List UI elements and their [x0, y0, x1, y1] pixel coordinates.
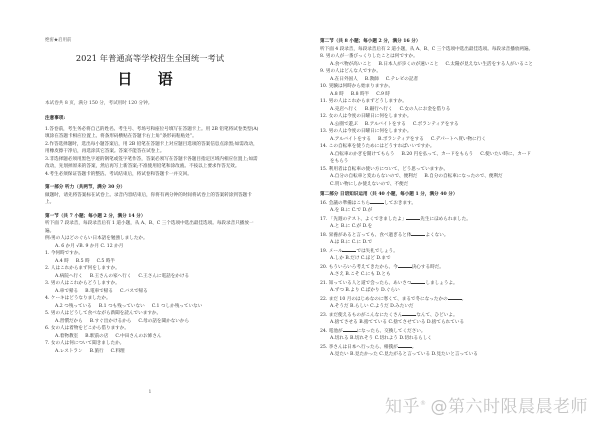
- question-number: 20.: [320, 265, 327, 270]
- question-number: 6.: [45, 326, 49, 331]
- option-b: B.5 時: [76, 259, 90, 264]
- question-text-after: しましょうよ。: [425, 281, 457, 286]
- option-c: C.太陽が見えない生活をする人がいること: [446, 62, 534, 67]
- option-a: A.車で帰る: [55, 289, 78, 294]
- option-a: A.習慣だから: [55, 319, 83, 324]
- question-item: 5. 男の人はどうして食べながら新聞を読んでいますか。 A.習慣だからB.すぐ出…: [45, 310, 260, 325]
- question-text: 利用者は自転車の使い方について、どう思っていますか。: [329, 167, 448, 172]
- question-text-after: よくない。: [425, 233, 448, 238]
- page-number: 1: [0, 390, 300, 395]
- example-options: A. 6 か月 √B. 9 か月 C. 12 か月: [45, 243, 260, 251]
- question-text: 実験は何時から始まりますか。: [329, 84, 393, 89]
- grammar-item: 21. 知っている人と道で会ったら、あいさつしましょうよ。 A.ずつ B.より …: [320, 279, 535, 295]
- option-b: B.ボランティアをする: [378, 137, 424, 142]
- option-a: A.自分の自転車と変わらないので、便利だ: [330, 174, 417, 179]
- option-b: B.教師: [365, 77, 379, 82]
- options: A.そうだ B.らしい C.ようだ D.みたいだ: [320, 303, 535, 311]
- option-b: B.自分の自転車になったので、便利だ: [424, 174, 502, 179]
- answer-blank: [402, 311, 416, 316]
- question-item: 13. 男の人は今度の日曜日に何をしますか。 A.アルバイトをするB.ボランティ…: [320, 128, 535, 143]
- option-c: C.9 時: [376, 92, 390, 97]
- exam-page-left: 绝密★启用前 2021 年普通高等学校招生全国统一考试 日 语 本试卷共 8 页…: [0, 0, 300, 425]
- option-a: A.食べ物が高いこと: [330, 62, 372, 67]
- question-number: 19.: [320, 249, 327, 254]
- option-c: C.ボランティアをする: [413, 122, 459, 127]
- watermark-brand: 知乎: [385, 397, 420, 417]
- question-number: 24.: [320, 329, 327, 334]
- option-b: B.旅行: [90, 349, 104, 354]
- option-b: B.駅前の店: [85, 334, 108, 339]
- question-text-before: 「先週のテスト、よくできましたよ」: [329, 217, 407, 222]
- grammar-item: 22. まだ 10 月のはじめなのに寒くて、まるで冬になったかの。 A.そうだ …: [320, 295, 535, 311]
- option-a: A.4 時: [55, 259, 69, 264]
- question-text-before: 電池が: [329, 329, 343, 334]
- option-c: C.王さんに電話をかける: [138, 274, 189, 279]
- option-b: B.8 時半: [351, 92, 369, 97]
- question-text: 男の人はこれからどうしますか。: [51, 281, 120, 286]
- right-content: 第二节（共 8 小题；每小题 2 分，满分 16 分） 听下面 4 段录音，每段…: [320, 38, 535, 359]
- option-a: A.在日外国人: [330, 77, 358, 82]
- question-item: 10. 実験は何時から始まりますか。 A.8 時B.8 時半C.9 時: [320, 83, 535, 98]
- watermark-handle: @第六时限晨晨老师: [431, 397, 589, 417]
- grammar-item: 25. 李さんは日本へ行ったら、相撲が。 A.見たい B.見たかった C.見たが…: [320, 343, 535, 359]
- question-item: 9. 男の人はどんな人ですか。 A.在日外国人B.教師C.テレビの記者: [320, 68, 535, 83]
- question-number: 8.: [320, 54, 324, 59]
- question-text: 女の人は今度の日曜日に何をしますか。: [329, 114, 412, 119]
- options: A.を B.に C.で D.が: [320, 207, 535, 215]
- question-number: 13.: [320, 129, 327, 134]
- question-number: 5.: [45, 311, 49, 316]
- part1-description: 做题时，请先将答案标在试卷上。录音内容结束后，你将有两分钟的时间将试卷上的答案转…: [45, 192, 260, 207]
- question-number: 3.: [45, 281, 49, 286]
- question-number: 23.: [320, 313, 327, 318]
- question-text-before: 李さんは日本へ行ったら、相撲が: [329, 345, 398, 350]
- exam-page-right: 第二节（共 8 小题；每小题 2 分，满分 16 分） 听下面 4 段录音，每段…: [300, 0, 600, 425]
- question-item: 14. この自転車を使うためにはどうすればいいですか。 A.自転車のかぎを開けて…: [320, 143, 535, 166]
- question-item: 15. 利用者は自転車の使い方について、どう思っていますか。 A.自分の自転車と…: [320, 166, 535, 189]
- question-text: 男の人が一番びっくりしたことは何ですか。: [326, 54, 418, 59]
- subject-title: 日 语: [0, 68, 300, 89]
- option-c: C.テレビの記者: [386, 77, 418, 82]
- question-item: 1. 今何時ですか。 A.4 時B.5 時C.5 時半: [45, 250, 260, 265]
- option-b: B.1 つも残っていない: [99, 304, 145, 309]
- options: A.と B.に C.が D.を: [320, 223, 535, 231]
- answer-blank: [343, 327, 357, 332]
- trademark-icon: ®: [420, 400, 427, 407]
- example-question: 例:男の人はどのぐらい日本語を勉強しましたか。: [45, 235, 260, 243]
- question-text-before: もういろいろ考えてきたから、今: [329, 265, 398, 270]
- option-b: B.銀行へ行く: [365, 107, 393, 112]
- question-number: 16.: [320, 201, 327, 206]
- options: A.さえ B.こそ C.にも D.とも: [320, 271, 535, 279]
- question-item: 12. 女の人は今度の日曜日に何をしますか。 A.公園で遊ぶB.アルバイトをする…: [320, 113, 535, 128]
- options: A.見たい B.見たかった C.見たがると言っている D.見たいと言っている: [320, 351, 535, 359]
- option-a: A.公園で遊ぶ: [330, 122, 358, 127]
- question-text-before: 知っている人と道で会ったら、あいさつ: [329, 281, 412, 286]
- question-number: 1.: [45, 251, 49, 256]
- question-text-after: 。: [412, 345, 417, 350]
- answer-blank: [406, 215, 420, 220]
- question-text: 女の人は着物をどこから借りますか。: [51, 326, 129, 331]
- question-text: 女の人は何について聞きましたか。: [51, 341, 124, 346]
- question-number: 12.: [320, 114, 327, 119]
- answer-blank: [342, 247, 356, 252]
- question-text: この自転車を使うためにはどうすればいいですか。: [329, 144, 435, 149]
- answer-blank: [398, 343, 412, 348]
- answer-blank: [448, 295, 462, 300]
- question-text: 男の人はどうして食べながら新聞を読んでいますか。: [51, 311, 161, 316]
- options: A.は B.に C.に D.で: [320, 239, 535, 247]
- question-item: 11. 男の人はこれからまずどうしますか。 A.売店へ行くB.銀行へ行くC.女の…: [320, 98, 535, 113]
- question-number: 14.: [320, 144, 327, 149]
- question-text: 男の人は今度の日曜日に何をしますか。: [329, 129, 412, 134]
- question-text: 人はこれからまず何をしますか。: [51, 266, 120, 271]
- option-a: A.病院へ行く: [55, 274, 83, 279]
- question-text-after: 先生にほめられました。: [420, 217, 471, 222]
- question-number: 7.: [45, 341, 49, 346]
- question-item: 4. ケーキはどうなりましたか。 A.2 つ残っているB.1 つも残っていないC…: [45, 295, 260, 310]
- option-b: B.日本人が歩くのが速いこと: [379, 62, 439, 67]
- question-text-after: 。: [462, 297, 467, 302]
- section2-description: 听下面 4 段录音，每段录音后有 2 道小题，从 A、B、C 三个选项中选出最佳…: [320, 46, 535, 54]
- notice-heading: 注意事项:: [45, 115, 260, 123]
- question-number: 25.: [320, 345, 327, 350]
- notice-item: 1.答卷前，考生务必将自己的姓名、考生号、考场号和座位号填写在答题卡上。用 2B…: [45, 126, 260, 141]
- option-b: B.王さんの家へ行く: [90, 274, 132, 279]
- part2-heading: 第二部分 日语知识运用（共 40 小题，每小题 1 分，满分 40 分）: [320, 191, 535, 199]
- option-b: B.20 円を払って、カードをもらう: [402, 152, 474, 157]
- question-number: 11.: [320, 99, 327, 104]
- grammar-item: 23. まだ使えるものがこんなにたくさんなんて、ひどいよ。 A.捨てさせる B.…: [320, 311, 535, 327]
- question-text: ケーキはどうなりましたか。: [51, 296, 111, 301]
- option-a: A.8 時: [330, 92, 344, 97]
- part1-heading: 第一部分 听力（共两节，满分 30 分）: [45, 184, 260, 192]
- option-c: C.女の人にお金を借りる: [400, 107, 451, 112]
- question-item: 3. 男の人はこれからどうしますか。 A.車で帰るB.電車で帰るC.バスで帰る: [45, 280, 260, 295]
- section1-description: 听下面 7 段录音，每段录音后有 1 道小题，从 A、B、C 三个选项中选出最佳…: [45, 220, 260, 235]
- question-text: 今何時ですか。: [51, 251, 83, 256]
- option-c: C.母の話を聞かないから: [138, 319, 189, 324]
- option-c: C.バスで帰る: [120, 289, 148, 294]
- option-c: C.デパートへ買い物に行く: [431, 137, 486, 142]
- option-c: C.5 時半: [97, 259, 115, 264]
- question-text: 男の人はどんな人ですか。: [326, 69, 381, 74]
- option-b: B.すぐ出かけるから: [90, 319, 132, 324]
- question-number: 22.: [320, 297, 327, 302]
- option-a: A.アルバイトをする: [330, 137, 371, 142]
- option-c: C.料理: [111, 349, 125, 354]
- question-text-after: なんて、ひどいよ。: [416, 313, 457, 318]
- watermark: 知乎®@第六时限晨晨老师: [385, 392, 588, 417]
- option-a: A.自転車のかぎを開けてもらう: [330, 152, 395, 157]
- option-a: A.売店へ行く: [330, 107, 358, 112]
- options: A.捨てさせる B.捨てている C.捨てさせている D.捨てられている: [320, 319, 535, 327]
- answer-blank: [411, 279, 425, 284]
- question-text: 男の人はこれからまずどうしますか。: [329, 99, 407, 104]
- question-text-before: まだ 10 月のはじめなのに寒くて、まるで冬になったかの: [329, 297, 448, 302]
- answer-blank: [398, 263, 412, 268]
- question-item: 8. 男の人が一番びっくりしたことは何ですか。 A.食べ物が高いことB.日本人が…: [320, 53, 535, 68]
- option-c: C.中田さんのお姉さん: [115, 334, 161, 339]
- notice-item: 2.作答选择题时，选出每小题答案后，用 2B 铅笔在答题卡上对应题目选项的答案信…: [45, 141, 260, 156]
- option-a: A.2 つ残っている: [55, 304, 92, 309]
- options: A.ずつ B.より C.ばかり D.ぐらい: [320, 287, 535, 295]
- question-number: 15.: [320, 167, 327, 172]
- question-number: 9.: [320, 69, 324, 74]
- option-c: C.買い物にしか使えないので、不便だ: [330, 182, 408, 187]
- grammar-item: 16. 会議の準備はこちらしておきます。 A.を B.に C.で D.が: [320, 199, 535, 215]
- confidential-label: 绝密★启用前: [45, 37, 71, 43]
- question-text-after: になったら、交換してください。: [357, 329, 426, 334]
- exam-meta: 本试卷共 8 页，满分 150 分，考试用时 120 分钟。: [45, 100, 152, 106]
- section1-heading: 第一节（共 7 小题；每小题 2 分，满分 14 分）: [45, 213, 260, 221]
- exam-title: 2021 年普通高等学校招生全国统一考试: [0, 53, 300, 64]
- question-text-before: メール: [329, 249, 343, 254]
- question-text-before: まだ使えるものがこんなにたくさん: [329, 313, 403, 318]
- left-content: 注意事项: 1.答卷前，考生务必将自己的姓名、考生号、考场号和座位号填写在答题卡…: [45, 115, 260, 355]
- question-text-after: では失礼でしょう。: [356, 249, 397, 254]
- section2-heading: 第二节（共 8 小题；每小题 2 分，满分 16 分）: [320, 38, 535, 46]
- notice-item: 4.考生必须保证答题卡的整洁。考试结束后，将试卷和答题卡一并交回。: [45, 171, 260, 179]
- options: A.切れる B.切れそう C.切れよう D.切れるらしく: [320, 335, 535, 343]
- grammar-item: 24. 電池がになったら、交換してください。 A.切れる B.切れそう C.切れ…: [320, 327, 535, 343]
- question-item: 2. 人はこれからまず何をしますか。 A.病院へ行くB.王さんの家へ行くC.王さ…: [45, 265, 260, 280]
- answer-blank: [370, 199, 384, 204]
- options: A.しか B.だけ C.ほど D.まで: [320, 255, 535, 263]
- question-text-before: 栄養があると言っても、食べ過ぎると体: [329, 233, 412, 238]
- question-number: 10.: [320, 84, 327, 89]
- option-b: B.アルバイトをする: [365, 122, 406, 127]
- option-c: C.1 つしか残っていない: [152, 304, 203, 309]
- option-b: B.電車で帰る: [85, 289, 113, 294]
- question-number: 18.: [320, 233, 327, 238]
- question-number: 4.: [45, 296, 49, 301]
- question-text-after: 決心する時だ。: [412, 265, 444, 270]
- question-item: 6. 女の人は着物をどこから借りますか。 A.着物教室B.駅前の店C.中田さんの…: [45, 325, 260, 340]
- question-number: 17.: [320, 217, 327, 222]
- option-a: A.着物教室: [55, 334, 78, 339]
- grammar-item: 17. 「先週のテスト、よくできましたよ」先生にほめられました。 A.と B.に…: [320, 215, 535, 231]
- question-item: 7. 女の人は何について聞きましたか。 A.レストランB.旅行C.料理: [45, 340, 260, 355]
- question-number: 2.: [45, 266, 49, 271]
- question-text-before: 会議の準備はこちら: [329, 201, 370, 206]
- answer-blank: [411, 231, 425, 236]
- question-number: 21.: [320, 281, 327, 286]
- grammar-item: 18. 栄養があると言っても、食べ過ぎると体よくない。 A.は B.に C.に …: [320, 231, 535, 247]
- grammar-item: 20. もういろいろ考えてきたから、今決心する時だ。 A.さえ B.こそ C.に…: [320, 263, 535, 279]
- question-text-after: しておきます。: [384, 201, 416, 206]
- grammar-item: 19. メールでは失礼でしょう。 A.しか B.だけ C.ほど D.まで: [320, 247, 535, 263]
- option-a: A.レストラン: [55, 349, 83, 354]
- notice-item: 3.非选择题必须用黑色字迹的钢笔或签字笔作答，答案必须写在答题卡各题目指定区域内…: [45, 156, 260, 171]
